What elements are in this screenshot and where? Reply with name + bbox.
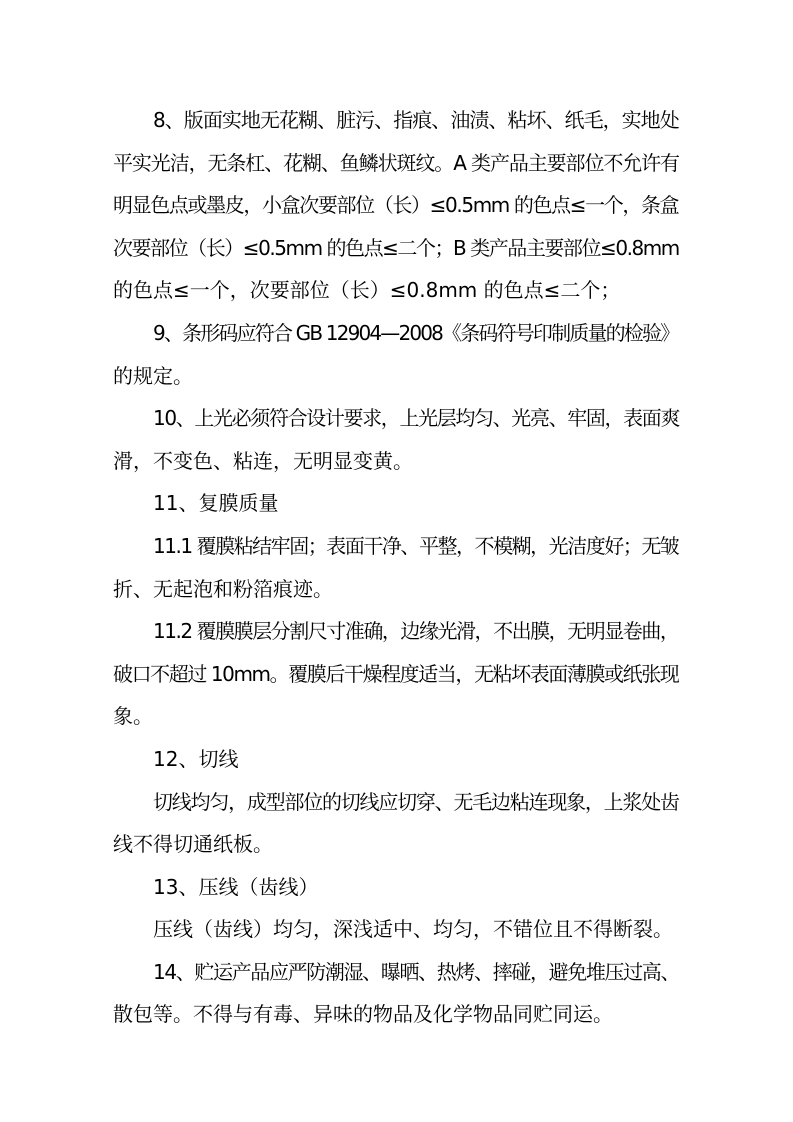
paragraph: 11.1 覆膜粘结牢固；表面干净、平整，不模糊，光洁度好；无皱折、无起泡和粉箔痕… <box>113 525 680 610</box>
document-page: 8、版面实地无花糊、脏污、指痕、油渍、粘坏、纸毛，实地处平实光洁，无条杠、花糊、… <box>0 0 793 1122</box>
paragraph: 13、压线（齿线） <box>113 866 680 909</box>
paragraph: 8、版面实地无花糊、脏污、指痕、油渍、粘坏、纸毛，实地处平实光洁，无条杠、花糊、… <box>113 99 680 312</box>
text-line: 13、压线（齿线） <box>113 866 680 909</box>
text-line: 明显色点或墨皮，小盒次要部位（长）≤0.5mm 的色点≤一个，条盒 <box>113 184 680 227</box>
text-line: 线不得切通纸板。 <box>113 823 680 866</box>
text-line: 11、复膜质量 <box>113 482 680 525</box>
paragraph: 9、条形码应符合 GB 12904—2008《条码符号印制质量的检验》的规定。 <box>113 312 680 397</box>
paragraph: 10、上光必须符合设计要求，上光层均匀、光亮、牢固，表面爽滑，不变色、粘连，无明… <box>113 397 680 482</box>
paragraph: 压线（齿线）均匀，深浅适中、均匀，不错位且不得断裂。 <box>113 908 680 951</box>
text-line: 象。 <box>113 695 680 738</box>
text-line: 14、贮运产品应严防潮湿、曝晒、热烤、摔碰，避免堆压过高、 <box>113 951 680 994</box>
text-line: 的色点≤一个，次要部位（长）≤0.8mm 的色点≤二个； <box>113 269 680 312</box>
paragraph: 11、复膜质量 <box>113 482 680 525</box>
text-line: 12、切线 <box>113 738 680 781</box>
text-line: 8、版面实地无花糊、脏污、指痕、油渍、粘坏、纸毛，实地处 <box>113 99 680 142</box>
text-line: 9、条形码应符合 GB 12904—2008《条码符号印制质量的检验》 <box>113 312 680 355</box>
text-line: 11.1 覆膜粘结牢固；表面干净、平整，不模糊，光洁度好；无皱 <box>113 525 680 568</box>
text-line: 平实光洁，无条杠、花糊、鱼鳞状斑纹。A 类产品主要部位不允许有 <box>113 142 680 185</box>
document-body: 8、版面实地无花糊、脏污、指痕、油渍、粘坏、纸毛，实地处平实光洁，无条杠、花糊、… <box>113 99 680 1036</box>
text-line: 压线（齿线）均匀，深浅适中、均匀，不错位且不得断裂。 <box>113 908 680 951</box>
text-line: 切线均匀，成型部位的切线应切穿、无毛边粘连现象，上浆处齿 <box>113 781 680 824</box>
text-line: 滑，不变色、粘连，无明显变黄。 <box>113 440 680 483</box>
text-line: 次要部位（长）≤0.5mm 的色点≤二个；B 类产品主要部位≤0.8mm <box>113 227 680 270</box>
text-line: 11.2 覆膜膜层分割尺寸准确，边缘光滑，不出膜，无明显卷曲， <box>113 610 680 653</box>
paragraph: 切线均匀，成型部位的切线应切穿、无毛边粘连现象，上浆处齿线不得切通纸板。 <box>113 781 680 866</box>
paragraph: 11.2 覆膜膜层分割尺寸准确，边缘光滑，不出膜，无明显卷曲，破口不超过 10m… <box>113 610 680 738</box>
text-line: 的规定。 <box>113 355 680 398</box>
text-line: 10、上光必须符合设计要求，上光层均匀、光亮、牢固，表面爽 <box>113 397 680 440</box>
paragraph: 12、切线 <box>113 738 680 781</box>
text-line: 散包等。不得与有毒、异味的物品及化学物品同贮同运。 <box>113 993 680 1036</box>
text-line: 折、无起泡和粉箔痕迹。 <box>113 568 680 611</box>
paragraph: 14、贮运产品应严防潮湿、曝晒、热烤、摔碰，避免堆压过高、散包等。不得与有毒、异… <box>113 951 680 1036</box>
text-line: 破口不超过 10mm。覆膜后干燥程度适当，无粘坏表面薄膜或纸张现 <box>113 653 680 696</box>
